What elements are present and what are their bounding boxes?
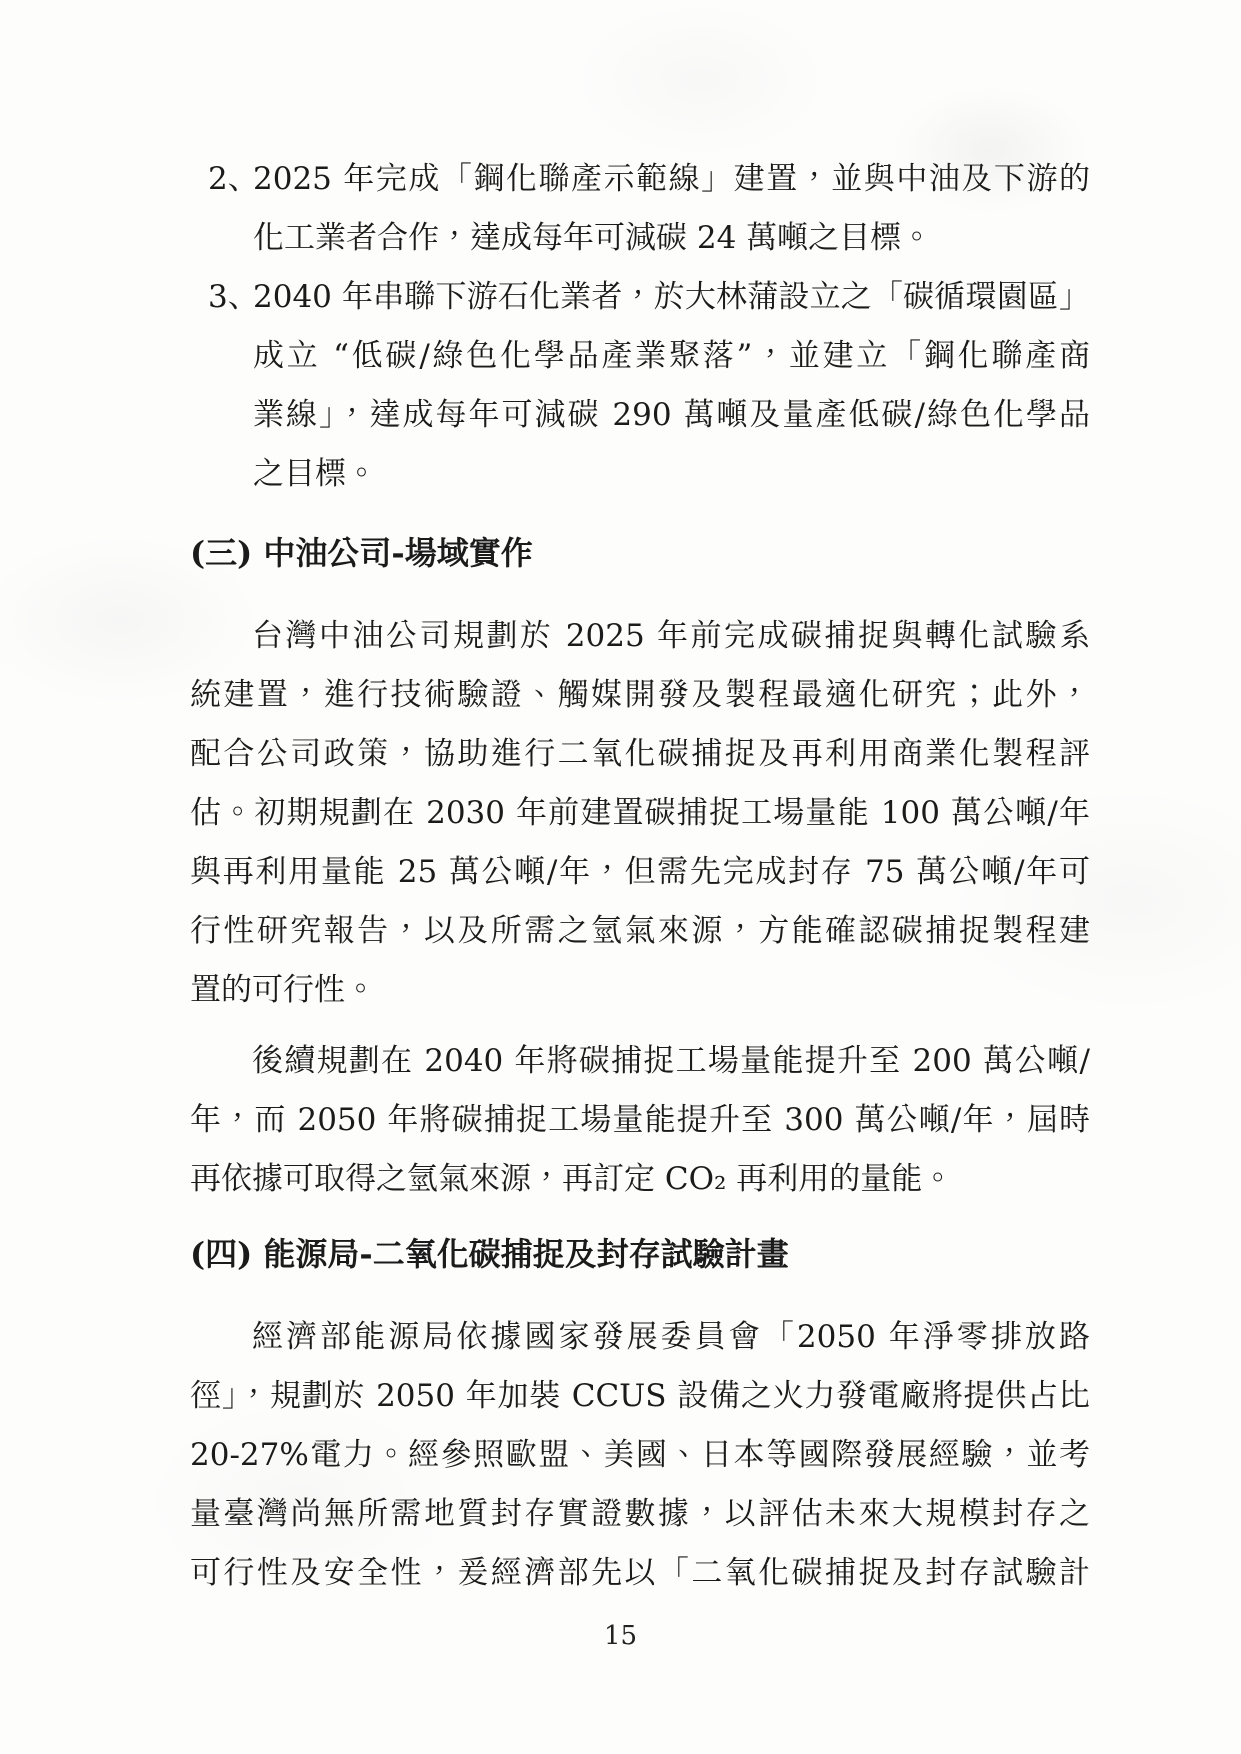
text-line: 年，而 2050 年將碳捕捉工場量能提升至 300 萬公噸/年，屆時 xyxy=(190,1091,1090,1150)
text-line: 與再利用量能 25 萬公噸/年，但需先完成封存 75 萬公噸/年可 xyxy=(190,843,1090,902)
paragraph: 後續規劃在 2040 年將碳捕捉工場量能提升至 200 萬公噸/ 年，而 205… xyxy=(190,1032,1090,1209)
document-page: 2、 2025 年完成「鋼化聯產示範線」建置，並與中油及下游的 化工業者合作，達… xyxy=(0,0,1241,1754)
numbered-list: 2、 2025 年完成「鋼化聯產示範線」建置，並與中油及下游的 化工業者合作，達… xyxy=(190,150,1090,504)
list-item-marker: 3、 xyxy=(208,268,259,327)
text-line: 徑」，規劃於 2050 年加裝 CCUS 設備之火力發電廠將提供占比 xyxy=(190,1367,1090,1426)
text-line: 行性研究報告，以及所需之氫氣來源，方能確認碳捕捉製程建 xyxy=(190,902,1090,961)
text-line: 配合公司政策，協助進行二氧化碳捕捉及再利用商業化製程評 xyxy=(190,725,1090,784)
list-item-marker: 2、 xyxy=(208,150,259,209)
text-line: 20-27%電力。經參照歐盟、美國、日本等國際發展經驗，並考 xyxy=(190,1426,1090,1485)
text-line: 可行性及安全性，爰經濟部先以「二氧化碳捕捉及封存試驗計 xyxy=(190,1544,1090,1603)
list-item-3: 3、 2040 年串聯下游石化業者，於大林蒲設立之「碳循環園區」 成立 “低碳/… xyxy=(190,268,1090,504)
paragraph: 經濟部能源局依據國家發展委員會「2050 年淨零排放路 徑」，規劃於 2050 … xyxy=(190,1308,1090,1603)
text-line: 化工業者合作，達成每年可減碳 24 萬噸之目標。 xyxy=(253,209,1090,268)
text-line: 統建置，進行技術驗證、觸媒開發及製程最適化研究；此外， xyxy=(190,666,1090,725)
text-line: 後續規劃在 2040 年將碳捕捉工場量能提升至 200 萬公噸/ xyxy=(190,1032,1090,1091)
text-line: 經濟部能源局依據國家發展委員會「2050 年淨零排放路 xyxy=(190,1308,1090,1367)
section-heading-4: (四) 能源局-二氧化碳捕捉及封存試驗計畫 xyxy=(190,1225,1090,1284)
page-number: 15 xyxy=(0,1620,1241,1652)
text-line: 成立 “低碳/綠色化學品產業聚落”，並建立「鋼化聯產商 xyxy=(253,327,1090,386)
text-line: 2040 年串聯下游石化業者，於大林蒲設立之「碳循環園區」 xyxy=(253,268,1090,327)
text-line: 之目標。 xyxy=(253,445,1090,504)
text-line: 再依據可取得之氫氣來源，再訂定 CO₂ 再利用的量能。 xyxy=(190,1150,1090,1209)
paragraph: 台灣中油公司規劃於 2025 年前完成碳捕捉與轉化試驗系 統建置，進行技術驗證、… xyxy=(190,607,1090,1020)
text-line: 台灣中油公司規劃於 2025 年前完成碳捕捉與轉化試驗系 xyxy=(190,607,1090,666)
text-line: 置的可行性。 xyxy=(190,961,1090,1020)
section-heading-3: (三) 中油公司-場域實作 xyxy=(190,524,1090,583)
text-line: 量臺灣尚無所需地質封存實證數據，以評估未來大規模封存之 xyxy=(190,1485,1090,1544)
list-item-2: 2、 2025 年完成「鋼化聯產示範線」建置，並與中油及下游的 化工業者合作，達… xyxy=(190,150,1090,268)
document-content: 2、 2025 年完成「鋼化聯產示範線」建置，並與中油及下游的 化工業者合作，達… xyxy=(190,150,1090,1603)
text-line: 估。初期規劃在 2030 年前建置碳捕捉工場量能 100 萬公噸/年 xyxy=(190,784,1090,843)
text-line: 2025 年完成「鋼化聯產示範線」建置，並與中油及下游的 xyxy=(253,150,1090,209)
text-line: 業線」，達成每年可減碳 290 萬噸及量產低碳/綠色化學品 xyxy=(253,386,1090,445)
